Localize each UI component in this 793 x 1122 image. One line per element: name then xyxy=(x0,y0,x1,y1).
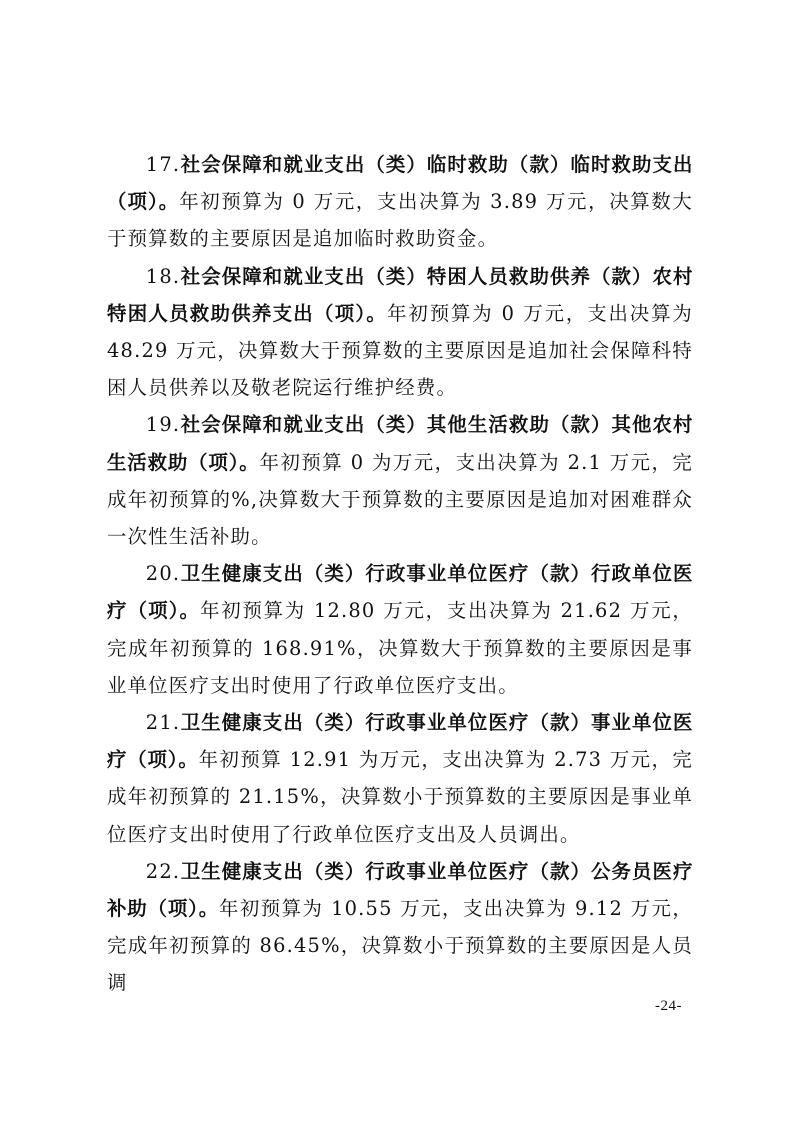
document-body: 17.社会保障和就业支出（类）临时救助（款）临时救助支出（项）。年初预算为 0 … xyxy=(107,146,693,1002)
item-number: 20. xyxy=(146,562,180,585)
item-number: 22. xyxy=(146,860,180,883)
item-body: 年初预算为 0 万元，支出决算为 3.89 万元，决算数大于预算数的主要原因是追… xyxy=(107,190,693,250)
item-number: 19. xyxy=(146,413,180,436)
document-page: 17.社会保障和就业支出（类）临时救助（款）临时救助支出（项）。年初预算为 0 … xyxy=(0,0,793,1122)
paragraph-item-17: 17.社会保障和就业支出（类）临时救助（款）临时救助支出（项）。年初预算为 0 … xyxy=(107,146,693,258)
paragraph-item-21: 21.卫生健康支出（类）行政事业单位医疗（款）事业单位医疗（项）。年初预算 12… xyxy=(107,704,693,853)
item-number: 21. xyxy=(146,711,180,734)
paragraph-item-20: 20.卫生健康支出（类）行政事业单位医疗（款）行政单位医疗（项）。年初预算为 1… xyxy=(107,555,693,704)
item-number: 17. xyxy=(146,153,180,176)
item-number: 18. xyxy=(146,265,180,288)
paragraph-item-19: 19.社会保障和就业支出（类）其他生活救助（款）其他农村生活救助（项）。年初预算… xyxy=(107,406,693,555)
page-number: -24- xyxy=(655,998,682,1015)
paragraph-item-18: 18.社会保障和就业支出（类）特困人员救助供养（款）农村特困人员救助供养支出（项… xyxy=(107,258,693,407)
paragraph-item-22: 22.卫生健康支出（类）行政事业单位医疗（款）公务员医疗补助（项）。年初预算为 … xyxy=(107,853,693,1002)
